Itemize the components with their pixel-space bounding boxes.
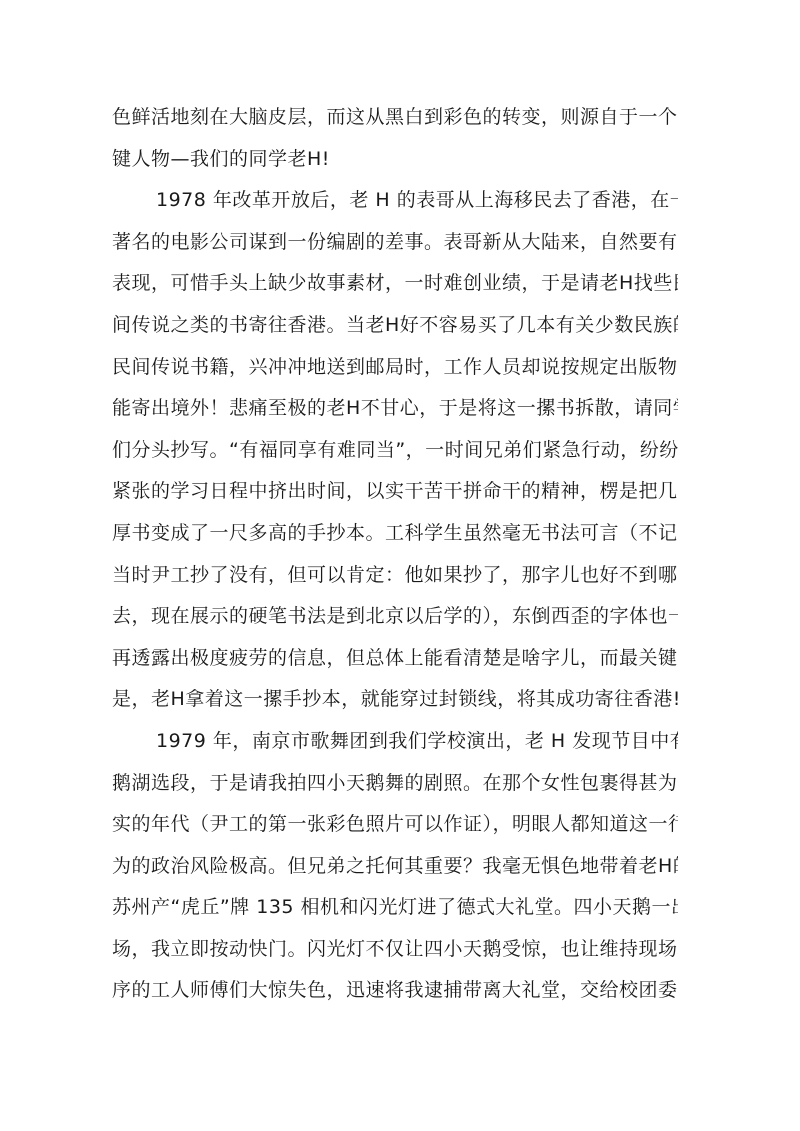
text-line: 厚书变成了一尺多高的手抄本。工科学生虽然毫无书法可言（不记得 <box>112 513 678 555</box>
text-line: 鹅湖选段，于是请我拍四小天鹅舞的剧照。在那个女性包裹得甚为严 <box>112 763 678 805</box>
text-line: 1978 年改革开放后，老 H 的表哥从上海移民去了香港，在一家 <box>112 180 678 222</box>
text-line: 表现，可惜手头上缺少故事素材，一时难创业绩，于是请老H找些民 <box>112 263 678 305</box>
text-line: 间传说之类的书寄往香港。当老H好不容易买了几本有关少数民族的 <box>112 305 678 347</box>
paragraph-3: 1979 年，南京市歌舞团到我们学校演出，老 H 发现节目中有天 鹅湖选段，于是… <box>112 721 678 1012</box>
text-line: 是，老H拿着这一摞手抄本，就能穿过封锁线，将其成功寄往香港! <box>112 679 678 721</box>
text-line: 序的工人师傅们大惊失色，迅速将我逮捕带离大礼堂，交给校团委书 <box>112 970 678 1012</box>
text-line: 紧张的学习日程中挤出时间，以实干苦干拼命干的精神，楞是把几本 <box>112 471 678 513</box>
text-line: 能寄出境外！悲痛至极的老H不甘心，于是将这一摞书拆散，请同学 <box>112 388 678 430</box>
document-page: 色鲜活地刻在大脑皮层，而这从黑白到彩色的转变，则源自于一个关 键人物—我们的同学… <box>112 97 678 1012</box>
text-line: 键人物—我们的同学老H! <box>112 139 678 181</box>
text-line: 为的政治风险极高。但兄弟之托何其重要？我毫无惧色地带着老H的 <box>112 846 678 888</box>
paragraph-1: 色鲜活地刻在大脑皮层，而这从黑白到彩色的转变，则源自于一个关 键人物—我们的同学… <box>112 97 678 180</box>
text-line: 当时尹工抄了没有，但可以肯定：他如果抄了，那字儿也好不到哪儿 <box>112 555 678 597</box>
text-line: 著名的电影公司谋到一份编剧的差事。表哥新从大陆来，自然要有所 <box>112 222 678 264</box>
text-line: 1979 年，南京市歌舞团到我们学校演出，老 H 发现节目中有天 <box>112 721 678 763</box>
paragraph-2: 1978 年改革开放后，老 H 的表哥从上海移民去了香港，在一家 著名的电影公司… <box>112 180 678 721</box>
text-line: 再透露出极度疲劳的信息，但总体上能看清楚是啥字儿，而最关键的 <box>112 638 678 680</box>
text-line: 场，我立即按动快门。闪光灯不仅让四小天鹅受惊，也让维持现场秩 <box>112 929 678 971</box>
text-line: 去，现在展示的硬笔书法是到北京以后学的），东倒西歪的字体也一 <box>112 596 678 638</box>
text-line: 民间传说书籍，兴冲冲地送到邮局时，工作人员却说按规定出版物不 <box>112 347 678 389</box>
text-line: 苏州产“虎丘”牌 135 相机和闪光灯进了德式大礼堂。四小天鹅一出 <box>112 887 678 929</box>
text-line: 色鲜活地刻在大脑皮层，而这从黑白到彩色的转变，则源自于一个关 <box>112 97 678 139</box>
text-line: 实的年代（尹工的第一张彩色照片可以作证），明眼人都知道这一行 <box>112 804 678 846</box>
text-line: 们分头抄写。“有福同享有难同当”，一时间兄弟们紧急行动，纷纷从 <box>112 430 678 472</box>
